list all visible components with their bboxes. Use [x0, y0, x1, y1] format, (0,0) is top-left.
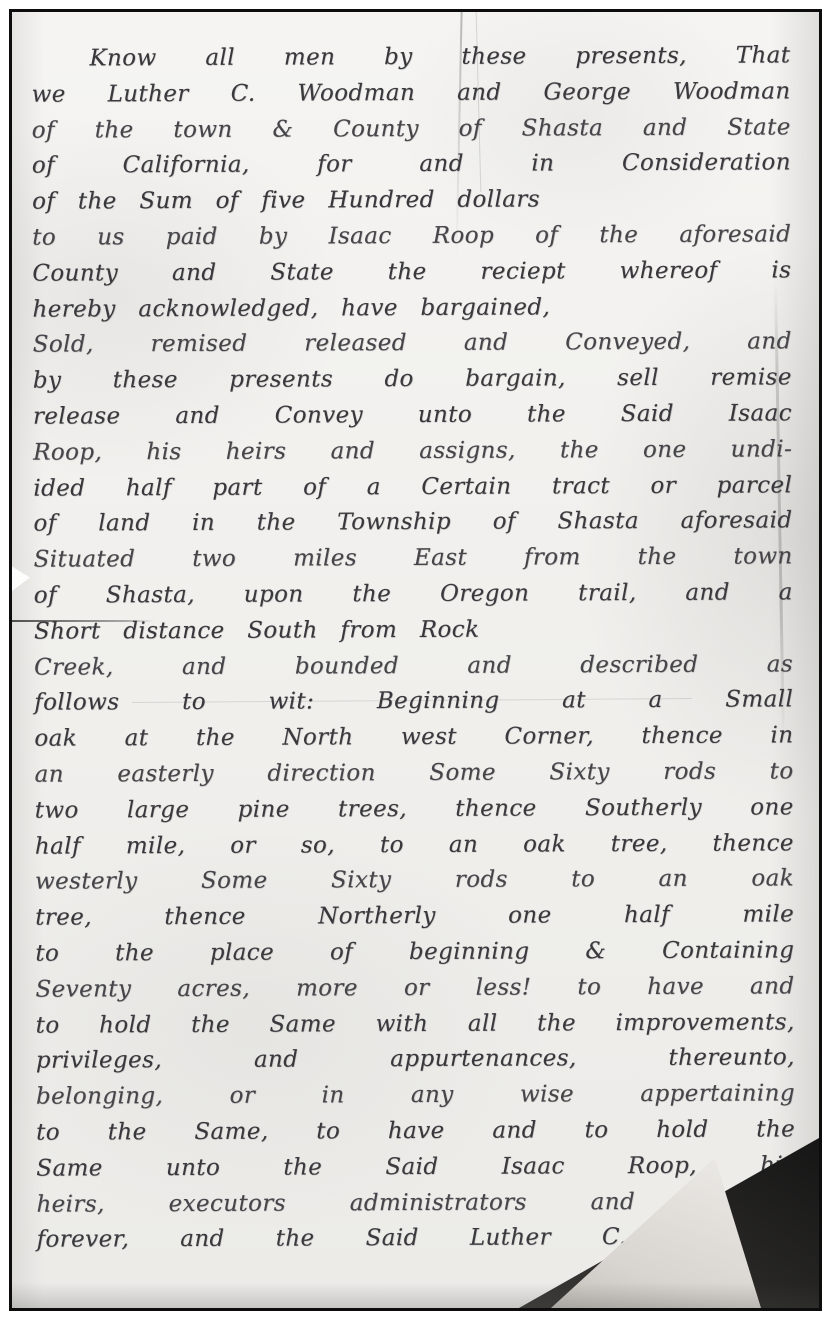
deed-line: Short distance South from Rock — [34, 611, 793, 650]
deed-line: two large pine trees, thence Southerly o… — [35, 790, 794, 829]
deed-line: Seventy acres, more or less! to have and — [35, 969, 794, 1008]
deed-line: to the place of beginning & Containing — [35, 933, 794, 972]
deed-line: Situated two miles East from the town — [34, 540, 793, 579]
torn-notch-left-edge — [9, 564, 30, 594]
deed-line: we Luther C. Woodman and George Woodman — [32, 74, 791, 113]
deed-line: ided half part of a Certain tract or par… — [33, 468, 792, 507]
document-frame: Know all men by these presents, That we … — [9, 9, 822, 1311]
deed-line: follows to wit: Beginning at a Small — [34, 683, 793, 722]
deed-line: by these presents do bargain, sell remis… — [33, 361, 792, 400]
bottom-edge-shadow — [12, 1282, 819, 1308]
scanned-document: Know all men by these presents, That we … — [0, 0, 832, 1321]
deed-line: release and Convey unto the Said Isaac — [33, 396, 792, 435]
deed-line: of the Sum of five Hundred dollars — [32, 182, 791, 221]
deed-line: of Shasta, upon the Oregon trail, and a — [34, 575, 793, 614]
deed-line: of the town & County of Shasta and State — [32, 110, 791, 149]
deed-line: Creek, and bounded and described as — [34, 647, 793, 686]
deed-line: privileges, and appurtenances, thereunto… — [36, 1041, 795, 1080]
deed-line: westerly Some Sixty rods to an oak — [35, 862, 794, 901]
deed-line: oak at the North west Corner, thence in — [34, 718, 793, 757]
deed-line: half mile, or so, to an oak tree, thence — [35, 826, 794, 865]
deed-line: Same unto the Said Isaac Roop, his — [36, 1148, 795, 1187]
deed-line: belonging, or in any wise appertaining — [36, 1076, 795, 1115]
deed-line: Sold, remised released and Conveyed, and — [33, 325, 792, 364]
document-paper: Know all men by these presents, That we … — [12, 12, 819, 1308]
deed-line: of California, for and in Consideration — [32, 146, 791, 185]
deed-line: to the Same, to have and to hold the — [36, 1112, 795, 1151]
deed-line: Roop, his heirs and assigns, the one und… — [33, 432, 792, 471]
deed-line: Know all men by these presents, That — [31, 38, 790, 77]
deed-line: of land in the Township of Shasta afores… — [33, 504, 792, 543]
deed-line: to hold the Same with all the improvemen… — [36, 1005, 795, 1044]
deed-line: an easterly direction Some Sixty rods to — [34, 754, 793, 793]
deed-line: County and State the reciept whereof is — [32, 253, 791, 292]
deed-text-block: Know all men by these presents, That we … — [31, 38, 795, 1258]
deed-line: to us paid by Isaac Roop of the aforesai… — [32, 217, 791, 256]
deed-line: tree, thence Northerly one half mile — [35, 897, 794, 936]
deed-line: hereby acknowledged, have bargained, — [32, 289, 791, 328]
